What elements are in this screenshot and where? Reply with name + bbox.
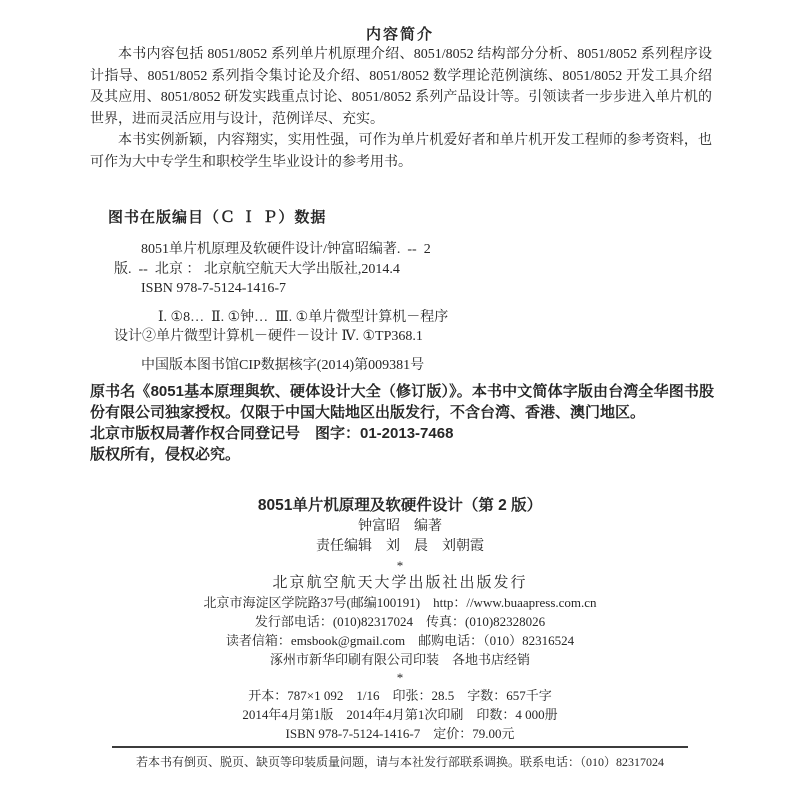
format-line: 开本：787×1 092 1/16 印张：28.5 字数：657千字 [0, 686, 800, 705]
cip-data-block: 8051单片机原理及软硬件设计/钟富昭编著. -- 2 版. -- 北京 ： 北… [114, 240, 684, 375]
footer-quality-notice: 若本书有倒页、脱页、缺页等印装质量问题，请与本社发行部联系调换。联系电话：（01… [0, 754, 800, 771]
divider-rule [112, 746, 688, 748]
cip-line: 8051单片机原理及软硬件设计/钟富昭编著. -- 2 [114, 240, 684, 260]
intro-body: 本书内容包括 8051/8052 系列单片机原理介绍、8051/8052 结构部… [90, 44, 712, 173]
intro-paragraph: 本书实例新颖，内容翔实，实用性强，可作为单片机爱好者和单片机开发工程师的参考资料… [90, 130, 712, 173]
address-line: 北京市海淀区学院路37号(邮编100191) http：//www.buaapr… [0, 593, 800, 612]
copyright-page: 内容简介 本书内容包括 8051/8052 系列单片机原理介绍、8051/805… [0, 0, 800, 800]
rights-block: 原书名《8051基本原理與软、硬体设计大全（修订版）》。本书中文简体字版由台湾全… [90, 381, 714, 465]
cip-heading: 图书在版编目（Ｃ Ｉ Ｐ）数据 [108, 206, 326, 227]
cip-registration-number: 中国版本图书馆CIP数据核字(2014)第009381号 [114, 356, 684, 376]
edition-line: 2014年4月第1版 2014年4月第1次印刷 印数：4 000册 [0, 705, 800, 724]
intro-paragraph: 本书内容包括 8051/8052 系列单片机原理介绍、8051/8052 结构部… [90, 44, 712, 130]
divider-star: * [0, 557, 800, 574]
author-line: 钟富昭 编著 [0, 517, 800, 537]
isbn-line: ISBN 978-7-5124-1416-7 定价：79.00元 [0, 724, 800, 743]
contact-line: 读者信箱：emsbook@gmail.com 邮购电话：（010）8231652… [0, 631, 800, 650]
intro-section-title: 内容简介 [0, 23, 800, 44]
printer-line: 涿州市新华印刷有限公司印装 各地书店经销 [0, 650, 800, 669]
cip-line: 版. -- 北京 ： 北京航空航天大学出版社,2014.4 [114, 260, 684, 280]
cip-line: Ⅰ. ①8… Ⅱ. ①钟… Ⅲ. ①单片微型计算机－程序 [114, 308, 684, 328]
cip-line: 设计②单片微型计算机－硬件－设计 Ⅳ. ①TP368.1 [114, 327, 684, 347]
publisher-line: 北京航空航天大学出版社出版发行 [0, 574, 800, 593]
phone-line: 发行部电话：(010)82317024 传真：(010)82328026 [0, 612, 800, 631]
divider-star: * [0, 669, 800, 686]
colophon: 8051单片机原理及软硬件设计（第 2 版） 钟富昭 编著 责任编辑 刘 晨 刘… [0, 495, 800, 743]
cip-line: ISBN 978-7-5124-1416-7 [114, 279, 684, 299]
rights-registration: 北京市版权局著作权合同登记号 图字：01-2013-7468 [90, 423, 714, 444]
editor-line: 责任编辑 刘 晨 刘朝霞 [0, 537, 800, 557]
rights-paragraph: 原书名《8051基本原理與软、硬体设计大全（修订版）》。本书中文简体字版由台湾全… [90, 381, 714, 423]
book-title: 8051单片机原理及软硬件设计（第 2 版） [0, 495, 800, 517]
rights-notice: 版权所有，侵权必究。 [90, 444, 714, 465]
